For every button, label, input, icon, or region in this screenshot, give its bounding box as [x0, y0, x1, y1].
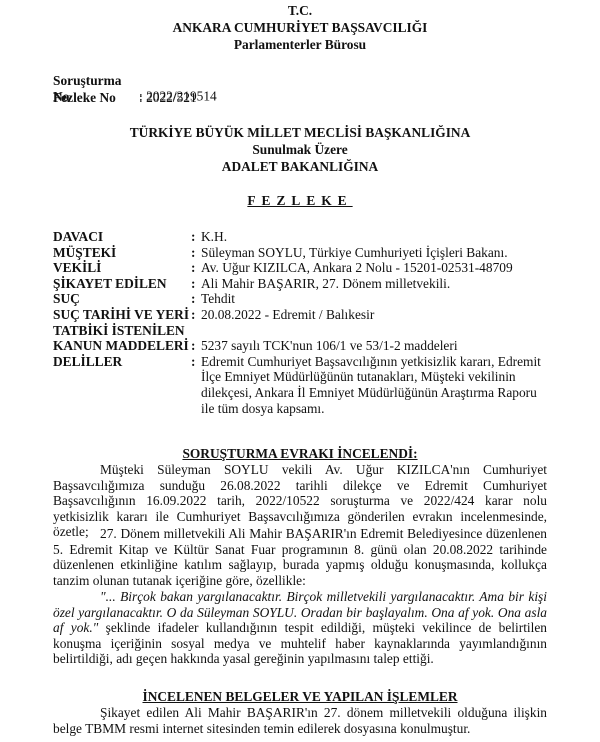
field-value: K.H. — [201, 229, 541, 245]
field-label: VEKİLİ — [53, 260, 191, 276]
field-value: 20.08.2022 - Edremit / Balıkesir — [201, 307, 541, 323]
field-row: SUÇ TARİHİ VE YERİ:20.08.2022 - Edremit … — [53, 307, 553, 323]
header-bureau: Parlamenterler Bürosu — [0, 37, 600, 53]
field-label: KANUN MADDELERİ — [53, 338, 191, 354]
fezleke-number-label: Fezleke No — [53, 90, 139, 106]
field-row: TATBİKİ İSTENİLEN — [53, 323, 553, 339]
document-title: FEZLEKE — [0, 193, 600, 209]
field-value — [201, 323, 541, 339]
header-institution: ANKARA CUMHURİYET BAŞSAVCILIĞI — [0, 20, 600, 36]
field-value: 5237 sayılı TCK'nun 106/1 ve 53/1-2 madd… — [201, 338, 541, 354]
fezleke-document: T.C. ANKARA CUMHURİYET BAŞSAVCILIĞI Parl… — [0, 0, 600, 742]
field-label: SUÇ — [53, 291, 191, 307]
field-value: Edremit Cumhuriyet Başsavcılığının yetki… — [201, 354, 541, 416]
paragraph-event: 27. Dönem milletvekili Ali Mahir BAŞARIR… — [53, 526, 547, 588]
field-label: DAVACI — [53, 229, 191, 245]
header-tc: T.C. — [0, 3, 600, 19]
field-label: SUÇ TARİHİ VE YERİ — [53, 307, 191, 323]
section-heading-documents: İNCELENEN BELGELER VE YAPILAN İŞLEMLER — [0, 689, 600, 705]
addressee-parliament: TÜRKİYE BÜYÜK MİLLET MECLİSİ BAŞKANLIĞIN… — [0, 125, 600, 141]
field-value: Av. Uğur KIZILCA, Ankara 2 Nolu - 15201-… — [201, 260, 541, 276]
field-row: SUÇ:Tehdit — [53, 291, 553, 307]
paragraph-quote-rest: şeklinde ifadeler kullandığının tespit e… — [53, 620, 547, 666]
field-row: VEKİLİ:Av. Uğur KIZILCA, Ankara 2 Nolu -… — [53, 260, 553, 276]
paragraph-quote: "... Birçok bakan yargılanacaktır. Birço… — [53, 589, 547, 667]
field-value: Tehdit — [201, 291, 541, 307]
field-label: DELİLLER — [53, 354, 191, 416]
field-row: MÜŞTEKİ:Süleyman SOYLU, Türkiye Cumhuriy… — [53, 245, 553, 261]
field-label: ŞİKAYET EDİLEN — [53, 276, 191, 292]
addressee-ministry: ADALET BAKANLIĞINA — [0, 159, 600, 175]
field-row: DAVACI:K.H. — [53, 229, 553, 245]
document-title-text: FEZLEKE — [247, 193, 352, 208]
field-row: ŞİKAYET EDİLEN:Ali Mahir BAŞARIR, 27. Dö… — [53, 276, 553, 292]
field-label: TATBİKİ İSTENİLEN — [53, 323, 191, 339]
fezleke-number-value: : 2022/521 — [139, 90, 197, 105]
field-label: MÜŞTEKİ — [53, 245, 191, 261]
field-row: KANUN MADDELERİ:5237 sayılı TCK'nun 106/… — [53, 338, 553, 354]
addressee-via: Sunulmak Üzere — [0, 142, 600, 158]
field-value: Süleyman SOYLU, Türkiye Cumhuriyeti İçiş… — [201, 245, 541, 261]
section-heading-investigation: SORUŞTURMA EVRAKI İNCELENDİ: — [0, 446, 600, 462]
field-row: DELİLLER:Edremit Cumhuriyet Başsavcılığı… — [53, 354, 553, 416]
fezleke-number: Fezleke No: 2022/521 — [53, 90, 197, 106]
case-fields: DAVACI:K.H. MÜŞTEKİ:Süleyman SOYLU, Türk… — [53, 229, 553, 416]
field-value: Ali Mahir BAŞARIR, 27. Dönem milletvekil… — [201, 276, 541, 292]
paragraph-documents: Şikayet edilen Ali Mahir BAŞARIR'ın 27. … — [53, 705, 547, 736]
